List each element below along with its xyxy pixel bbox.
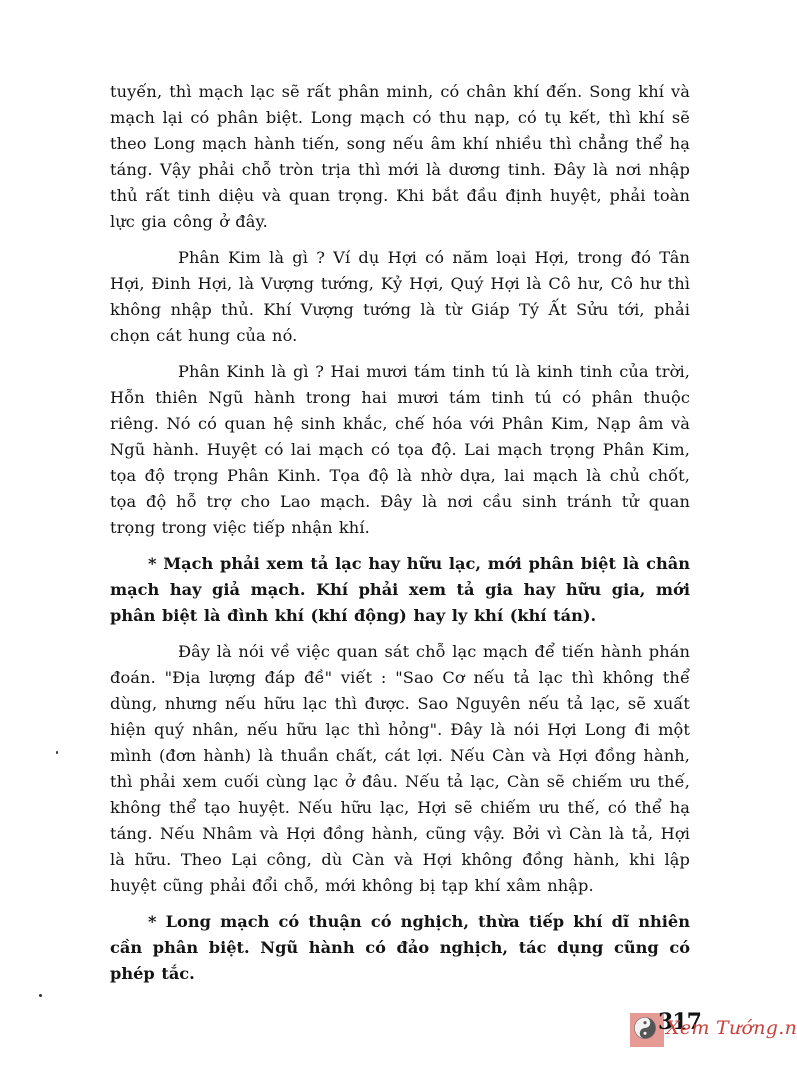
book-page: tuyến, thì mạch lạc sẽ rất phân minh, có… [110, 79, 690, 987]
yin-yang-icon [634, 1017, 656, 1039]
scan-speck [39, 994, 42, 997]
paragraph-phan-kinh: Phân Kinh là gì ? Hai mươi tám tinh tú l… [110, 359, 690, 541]
footer-watermark: 317 Xem Tướng.net [628, 1011, 793, 1051]
note-paragraph-mach: * Mạch phải xem tả lạc hay hữu lạc, mới … [110, 551, 690, 629]
brand-watermark: Xem Tướng.net [666, 1017, 797, 1039]
paragraph-continuation: tuyến, thì mạch lạc sẽ rất phân minh, có… [110, 79, 690, 235]
paragraph-phan-kim: Phân Kim là gì ? Ví dụ Hợi có năm loại H… [110, 245, 690, 349]
scan-speck [56, 751, 58, 754]
paragraph-lac-mach: Đây là nói về việc quan sát chỗ lạc mạch… [110, 639, 690, 899]
note-paragraph-long-mach: * Long mạch có thuận có nghịch, thừa tiế… [110, 909, 690, 987]
